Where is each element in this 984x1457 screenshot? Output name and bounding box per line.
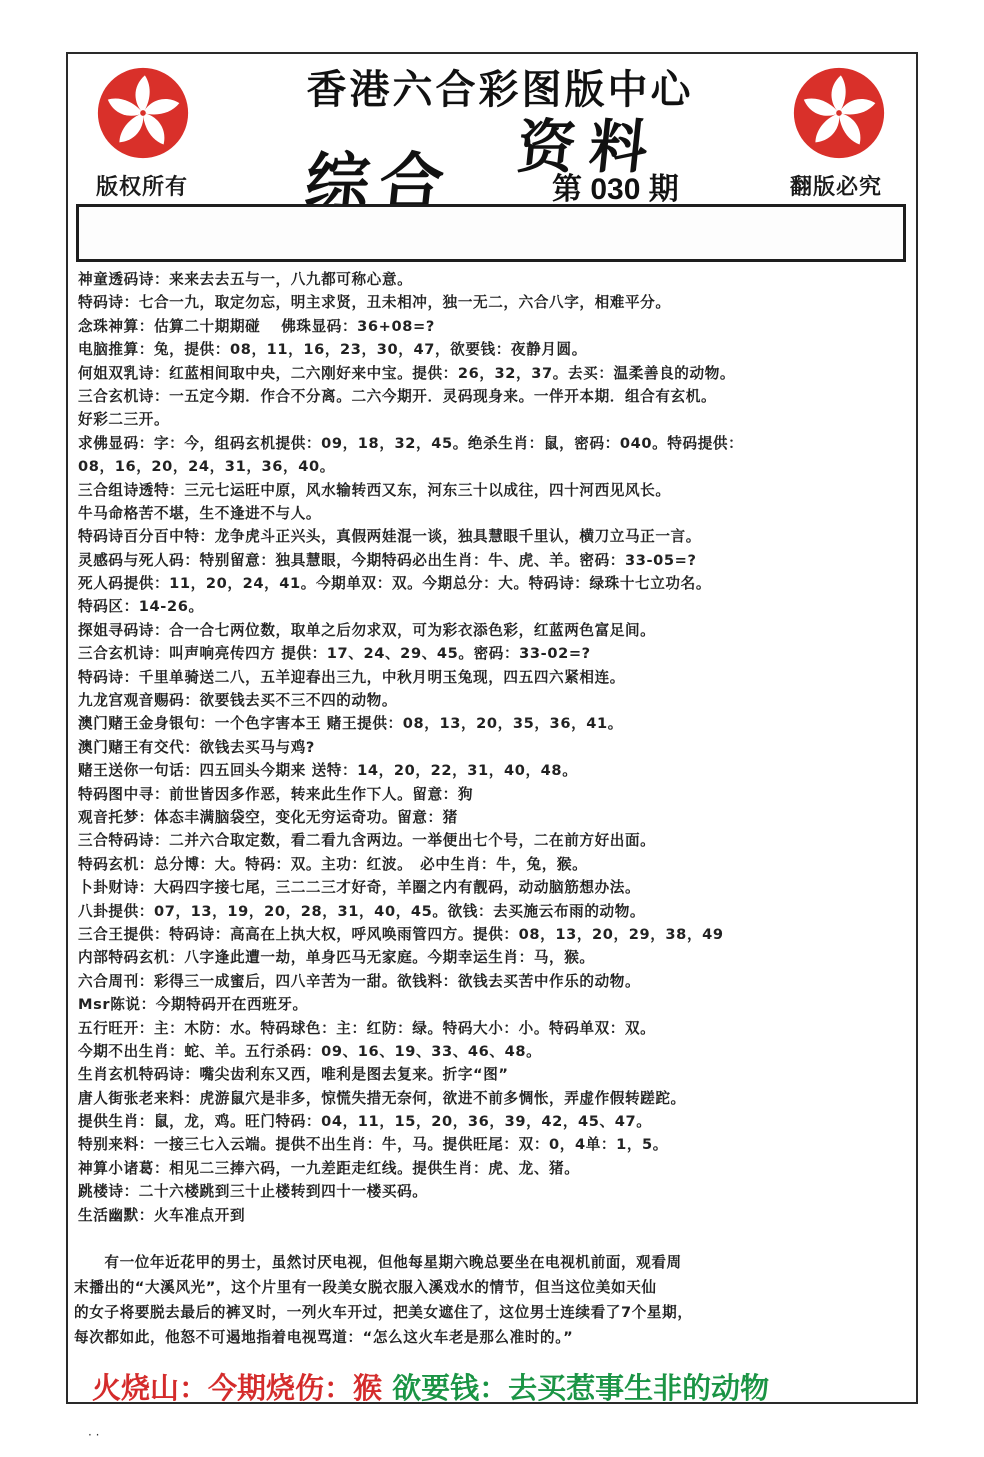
bottom-banner: 火烧山：今期烧伤：猴 欲要钱：去买惹事生非的动物 <box>92 1366 769 1407</box>
content-line: 今期不出生肖：蛇、羊。五行杀码：09、16、19、33、46、48。 <box>78 1040 918 1063</box>
content-line: 三合玄机诗：一五定今期．作合不分离。二六今期开．灵码现身来。一伴开本期．组合有玄… <box>78 385 918 408</box>
content-line: 求佛显码：字：今，组码玄机提供：09，18，32，45。绝杀生肖：鼠，密码：04… <box>78 432 918 455</box>
content-line: 特码图中寻：前世皆因多作恶，转来此生作下人。留意：狗 <box>78 783 918 806</box>
copyright-note: 版权所有 <box>96 170 188 201</box>
humor-story: 有一位年近花甲的男士，虽然讨厌电视，但他每星期六晚总要坐在电视机前面，观看周 末… <box>74 1250 914 1350</box>
footer-dots: · · <box>88 1428 99 1442</box>
content-line: 特别来料：一接三七入云端。提供不出生肖：牛，马。提供旺尾：双：0，4单：1，5。 <box>78 1133 918 1156</box>
content-line: 八卦提供：07，13，19，20，28，31，40，45。欲钱：去买施云布雨的动… <box>78 900 918 923</box>
content-line: 生活幽默：火车准点开到 <box>78 1204 918 1227</box>
content-line: 三合玄机诗：叫声响亮传四方 提供：17、24、29、45。密码：33-02=? <box>78 642 918 665</box>
content-line: 特码诗：千里单骑送二八，五羊迎春出三九，中秋月明玉兔现，四五四六紧相连。 <box>78 666 918 689</box>
bauhinia-logo-icon <box>792 66 886 160</box>
content-line: 特码诗：七合一九，取定勿忘，明主求贤，丑未相冲，独一无二，六合八字，相难平分。 <box>78 291 918 314</box>
content-line: 九龙宫观音赐码：欲要钱去买不三不四的动物。 <box>78 689 918 712</box>
content-line: 神童透码诗：来来去去五与一，八九都可称心意。 <box>78 268 918 291</box>
content-line: 澳门赌王有交代：欲钱去买马与鸡? <box>78 736 918 759</box>
content-line: 澳门赌王金身银句：一个色字害本王 赌王提供：08，13，20，35，36，41。 <box>78 712 918 735</box>
story-line: 的女子将要脱去最后的裤叉时，一列火车开过，把美女遮住了，这位男士连续看了7个星期… <box>74 1300 914 1325</box>
content-line: Msr陈说：今期特码开在西班牙。 <box>78 993 918 1016</box>
content-line: 生肖玄机特码诗：嘴尖齿利东又西，唯利是图去复来。折字“图” <box>78 1063 918 1086</box>
content-line: 六合周刊：彩得三一成蜜后，四八辛苦为一甜。欲钱料：欲钱去买苦中作乐的动物。 <box>78 970 918 993</box>
content-line: 赌王送你一句话：四五回头今期来 送特：14，20，22，31，40，48。 <box>78 759 918 782</box>
piracy-note: 翻版必究 <box>790 170 882 201</box>
content-line: 神算小诸葛：相见二三捧六码，一九差距走红线。提供生肖：虎、龙、猪。 <box>78 1157 918 1180</box>
bauhinia-logo-icon <box>96 66 190 160</box>
content-line: 三合组诗透特：三元七运旺中原，风水输转西又东，河东三十以成往，四十河西见风长。 <box>78 479 918 502</box>
content-line: 何姐双乳诗：红蓝相间取中央，二六刚好来中宝。提供：26，32，37。去买：温柔善… <box>78 362 918 385</box>
content-line: 念珠神算：估算二十期期碰 佛珠显码：36+08=? <box>78 315 918 338</box>
content-line: 跳楼诗：二十六楼跳到三十止楼转到四十一楼买码。 <box>78 1180 918 1203</box>
content-line: 观音托梦：体态丰满脑袋空，变化无穷运奇功。留意：猪 <box>78 806 918 829</box>
content-line: 提供生肖：鼠，龙，鸡。旺门特码：04，11，15，20，36，39，42，45、… <box>78 1110 918 1133</box>
content-line: 特码玄机：总分博：大。特码：双。主功：红波。 必中生肖：牛，兔，猴。 <box>78 853 918 876</box>
content-line: 08，16，20，24，31，36，40。 <box>78 455 918 478</box>
page-title: 香港六合彩图版中心 <box>250 58 750 115</box>
issue-number: 第 030 期 <box>552 164 679 208</box>
content-line: 三合特码诗：二并六合取定数，看二看九含两边。一举便出七个号，二在前方好出面。 <box>78 829 918 852</box>
content-line: 灵感码与死人码：特别留意：独具慧眼，今期特码必出生肖：牛、虎、羊。密码：33-0… <box>78 549 918 572</box>
content-line: 内部特码玄机：八字逢此遭一劫，单身匹马无家庭。今期幸运生肖：马，猴。 <box>78 946 918 969</box>
banner-red-text: 火烧山：今期烧伤：猴 <box>92 1371 382 1405</box>
content-line: 卜卦财诗：大码四字接七尾，三二二三才好奇，羊圈之内有靓码，动动脑筋想办法。 <box>78 876 918 899</box>
story-line: 有一位年近花甲的男士，虽然讨厌电视，但他每星期六晚总要坐在电视机前面，观看周 <box>74 1250 914 1275</box>
content-line: 特码诗百分百中特：龙争虎斗正兴头，真假两娃混一谈，独具慧眼千里认，横刀立马正一言… <box>78 525 918 548</box>
story-line: 每次都如此，他怒不可遏地指着电视骂道：“怎么这火车老是那么准时的。” <box>74 1325 914 1350</box>
story-line: 末播出的“大溪风光”，这个片里有一段美女脱衣服入溪戏水的情节，但当这位美如天仙 <box>74 1275 914 1300</box>
content-line: 五行旺开：主：木防：水。特码球色：主：红防：绿。特码大小：小。特码单双：双。 <box>78 1017 918 1040</box>
content-line: 好彩二三开。 <box>78 408 918 431</box>
banner-green-text: 欲要钱：去买惹事生非的动物 <box>382 1371 769 1405</box>
content-line: 电脑推算：兔，提供：08，11，16，23，30，47，欲要钱：夜静月圆。 <box>78 338 918 361</box>
content-lines: 神童透码诗：来来去去五与一，八九都可称心意。 特码诗：七合一九，取定勿忘，明主求… <box>78 268 918 1227</box>
content-line: 唐人街张老来料：虎游鼠穴是非多，惊慌失措无奈何，欲进不前多惆怅，弄虚作假转蹉跎。 <box>78 1087 918 1110</box>
blank-notice-box <box>76 204 906 262</box>
content-line: 探姐寻码诗：合一合七两位数，取单之后勿求双，可为彩衣添色彩，红蓝两色富足间。 <box>78 619 918 642</box>
content-line: 牛马命格苦不堪，生不逢进不与人。 <box>78 502 918 525</box>
content-line: 三合王提供：特码诗：高高在上执大权，呼风唤雨管四方。提供：08，13，20，29… <box>78 923 918 946</box>
content-line: 特码区：14-26。 <box>78 595 918 618</box>
content-line: 死人码提供：11，20，24，41。今期单双：双。今期总分：大。特码诗：绿珠十七… <box>78 572 918 595</box>
